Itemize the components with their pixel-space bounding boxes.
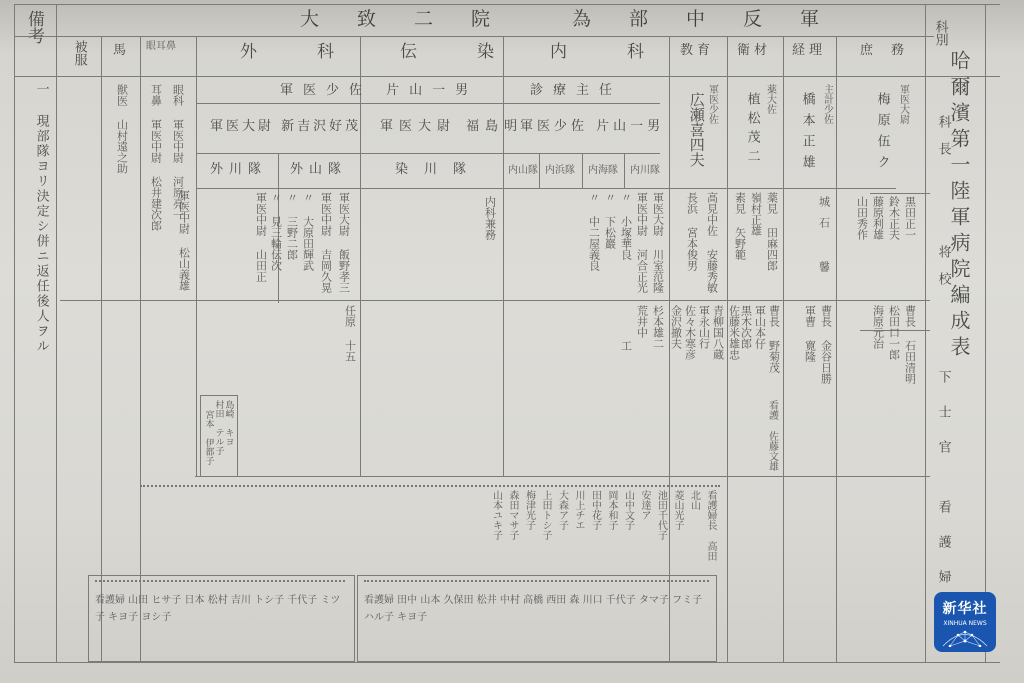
head-infection: 軍医大尉 福島明: [380, 120, 523, 134]
ward-internal-4: 内川隊: [630, 166, 660, 177]
nco-affairs-1: 曹長 石田清明: [904, 305, 916, 384]
rank-nurses: 看護婦: [936, 500, 950, 605]
nurses-lower-left-box: 看護婦 山田 ヒサ子 日本 松村 吉川 トシ子 千代子 ミツ子 キヨ子 ヨシ子: [88, 575, 355, 662]
boxed-note-3: 宮本 伊都子: [203, 410, 212, 465]
col-header-affairs: 庶務: [860, 44, 922, 58]
officer-supply-2: 嶺村正雄: [750, 192, 762, 236]
nco-affairs-2: 松田口一郎: [888, 305, 900, 360]
officer-internal-4: 〃 下松巖: [604, 192, 616, 249]
table-rule: [985, 4, 986, 662]
ward-surgery-2: 外山隊: [290, 163, 347, 177]
nco-education-2: 軍永山行: [698, 305, 710, 349]
table-rule: [14, 662, 1000, 663]
table-rule: [925, 4, 926, 662]
nco-supply-4: 佐藤米雄忠: [728, 305, 740, 360]
table-rule: [196, 36, 197, 476]
logo-text-cn: 新华社: [934, 598, 996, 618]
table-rule: [582, 153, 583, 188]
table-rule: [14, 4, 1000, 5]
nurse-entry: 田中花子: [589, 490, 600, 570]
officer-education-1: 高見中佐 安藤秀敏: [706, 192, 718, 293]
officer-internal-2: 軍医中尉 河合正光: [636, 192, 648, 293]
chief-affairs-name: 梅原伍ク: [875, 92, 889, 176]
remarks-note: 一 現部隊ヨリ決定シ併ニ返任後人ヲル: [34, 82, 48, 354]
chief-supply-rank: 薬大佐: [764, 84, 775, 114]
nurses-lower-right-box: 看護婦 田中 山本 久保田 松井 中村 高橋 西田 森 川口 千代子 タマ子 フ…: [357, 575, 717, 662]
rank-nco: 下士官: [936, 370, 950, 475]
ward-internal-1: 内山隊: [508, 166, 538, 177]
chief-label: 診療主任: [530, 84, 622, 98]
col-header-category: 科別: [933, 20, 947, 46]
nurse-entry: 梅津光子: [523, 490, 534, 570]
chief-accounting-rank: 主計少佐: [821, 84, 832, 124]
nco-internal-3: 工: [620, 340, 632, 351]
nco-supply-1: 曹長 野菊茂: [768, 305, 780, 373]
officer-surgery-3: 〃 大原田輝武: [302, 192, 314, 271]
nurses-lower-left-text: 看護婦 山田 ヒサ子 日本 松村 吉川 トシ子 千代子 ミツ子 キヨ子 ヨシ子: [95, 592, 347, 626]
head-surgery: 軍医大尉 新吉沢好茂: [210, 120, 361, 134]
nurses-upper-list: 看護婦長 高田 北山 菱山光子 池田千代子 安達ア 山中文子 岡本和子 田中花子…: [150, 490, 715, 570]
nco-affairs-3: 海原元治: [872, 305, 884, 349]
officer-internal-5: 〃 中二屋義良: [588, 192, 600, 271]
boxed-note-1: 島崎 キヨ: [223, 400, 232, 446]
table-rule: [539, 153, 540, 188]
officer-affairs-4: 山田秀作: [856, 196, 868, 240]
nurse-entry: 安達ア: [639, 490, 650, 570]
col-header-horse: 馬: [113, 44, 126, 58]
officer-internal-1: 軍医大尉 川室范隆: [652, 192, 664, 293]
table-rule: [624, 153, 625, 188]
officer-affairs-1: 黒田正一: [904, 196, 916, 240]
table-rule: [196, 103, 660, 104]
dotted-rule: [140, 485, 720, 489]
table-rule: [14, 36, 934, 37]
col-header-surgery: 外科: [240, 44, 394, 62]
head-internal: 軍医少佐 片山一男: [520, 120, 664, 134]
table-rule: [195, 476, 930, 477]
ward-internal-3: 内海隊: [588, 166, 618, 177]
officer-vet: 獣医 山村遠之助: [116, 84, 128, 174]
col-header-accounting: 経理: [792, 44, 826, 58]
nco-education-1: 青柳国八蔵: [712, 305, 724, 360]
chief-supply-name: 植松茂二: [745, 92, 759, 168]
officer-education-2: 長浜 宮本俊男: [686, 192, 698, 271]
chief-education-name: 広瀬喜四夫: [688, 92, 704, 167]
nco-internal-1: 杉本雄二: [652, 305, 664, 349]
nurse-entry: 看護婦長 高田: [705, 490, 716, 570]
officer-supply-3: 素見 矢野範: [734, 192, 746, 260]
ward-infection: 染川隊: [395, 163, 482, 177]
header-banner: 大致二院 為部中反軍: [300, 10, 920, 30]
rank-chief: 科長: [936, 115, 950, 169]
nurse-entry: 菱山光子: [672, 490, 683, 570]
ward-surgery-1: 外川隊: [210, 163, 267, 177]
table-rule: [140, 300, 930, 301]
table-rule: [783, 36, 784, 662]
nurse-entry: 上田トシ子: [540, 490, 551, 570]
table-rule: [140, 36, 141, 662]
nco-supply-2: 軍山本仔: [754, 305, 766, 349]
col-header-education: 教育: [680, 44, 714, 58]
nco-education-4: 金沢撤夫: [670, 305, 682, 349]
chief-accounting-name: 橋本正雄: [800, 92, 814, 176]
officer-internal-3: 〃 小塚華良: [620, 192, 632, 260]
col-header-supply: 衛材: [737, 44, 771, 58]
nco-accounting-2: 軍曹 寛隆: [804, 305, 816, 362]
officer-affairs-3: 藤原利雄: [872, 196, 884, 240]
table-rule: [503, 36, 504, 476]
dotted-rule: [95, 580, 345, 584]
boxed-note: 島崎 キヨ 村田 テル子 宮本 伊都子: [200, 395, 238, 477]
officer-surgery-2: 軍医中尉 吉岡久晃: [320, 192, 332, 293]
xinhua-news-logo: 新华社 XINHUA NEWS: [934, 592, 996, 652]
nurse-entry: 川上チエ: [573, 490, 584, 570]
officer-surgery-5: 〃 見三輪伝次: [270, 192, 282, 271]
logo-text-en: XINHUA NEWS: [934, 620, 996, 627]
col-header-ent: 眼耳鼻: [146, 42, 194, 53]
nurse-entry: 北山: [688, 490, 699, 570]
col-header-infection: 伝染: [400, 44, 554, 62]
table-rule: [101, 36, 102, 662]
chief-physician: 軍医少佐 片山一男: [280, 84, 478, 98]
officer-infection: 内科兼務: [484, 196, 496, 240]
table-rule: [60, 300, 140, 301]
rank-officers: 将校: [936, 245, 950, 299]
document-title: 哈爾濱第一陸軍病院編成表: [948, 50, 969, 362]
officer-surgery-6: 軍医中尉 山田正: [255, 192, 267, 282]
nco-surgery-note: 任原 十五: [344, 305, 356, 362]
nco-education-3: 佐々木寒彦: [684, 305, 696, 360]
nurse-entry: 大森ア子: [556, 490, 567, 570]
table-rule: [56, 4, 57, 662]
officer-surgery-1: 軍医大尉 飯野孝三: [338, 192, 350, 293]
table-rule: [196, 188, 896, 189]
nurse-entry: 山本ユキ子: [490, 490, 501, 570]
nurse-entry: 岡本和子: [606, 490, 617, 570]
table-rule: [360, 36, 361, 476]
nurse-entry: 森田マサ子: [507, 490, 518, 570]
nco-internal-2: 荒井中: [636, 305, 648, 338]
officer-supply-1: 薬見 田麻四郎: [766, 192, 778, 271]
nurses-lower-right-text: 看護婦 田中 山本 久保田 松井 中村 高橋 西田 森 川口 千代子 タマ子 フ…: [364, 592, 709, 626]
officer-surgery-4: 〃 三野二郎: [286, 192, 298, 260]
nco-accounting-1: 曹長 金谷日勝: [820, 305, 832, 384]
ward-internal-2: 内浜隊: [545, 166, 575, 177]
nurse-entry: 山中文子: [622, 490, 633, 570]
table-rule: [196, 153, 660, 154]
col-header-clothing: 被服: [72, 40, 86, 66]
nurse-entry: 池田千代子: [655, 490, 666, 570]
nco-supply-3: 黒木次郎: [740, 305, 752, 349]
table-rule: [14, 76, 1000, 77]
chief-affairs-rank: 軍医大尉: [897, 84, 908, 124]
col-header-notes: 備考: [24, 10, 42, 44]
boxed-note-2: 村田 テル子: [213, 400, 222, 455]
table-rule: [836, 36, 837, 662]
globe-network-icon: [940, 629, 990, 647]
table-rule: [870, 193, 930, 194]
nco-supply-note: 看護 佐藤文雄: [766, 400, 777, 471]
table-rule: [14, 4, 15, 662]
officer-ent-lower: 軍医中尉 松山義雄: [178, 190, 190, 291]
officer-affairs-2: 鈴木正夫: [888, 196, 900, 240]
officer-accounting: 城石 馨: [818, 196, 830, 282]
dotted-rule: [364, 580, 709, 584]
chief-education-rank: 軍医少佐: [706, 84, 717, 124]
officer-ent-2: 耳鼻 軍医中尉 松井建次郎: [150, 84, 162, 231]
document-photo: 大致二院 為部中反軍 備考 被服 馬 眼耳鼻 外科 伝染 内科 教育 衛材 経理…: [0, 0, 1024, 683]
